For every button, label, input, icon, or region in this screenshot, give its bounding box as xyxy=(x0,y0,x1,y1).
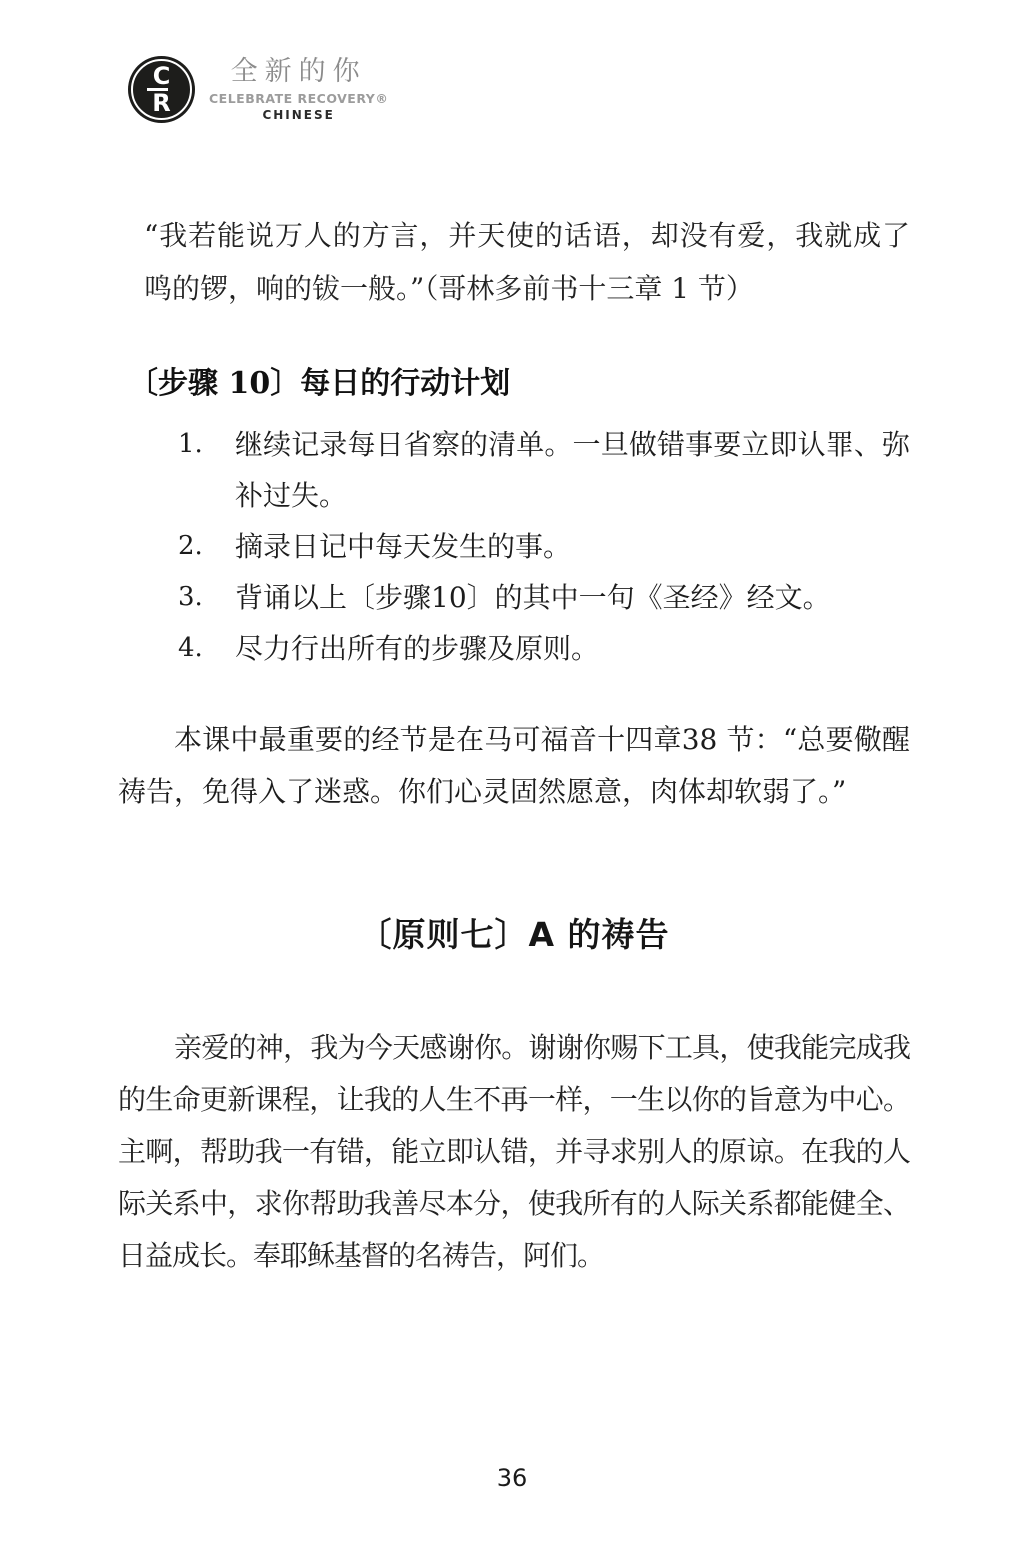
list-item-text: 摘录日记中每天发生的事。 xyxy=(235,521,910,572)
list-item: 3. 背诵以上〔步骤10〕的其中一句《圣经》经文。 xyxy=(118,572,910,623)
cr-monogram-r: R xyxy=(152,92,170,114)
cr-logo-icon: C R xyxy=(128,56,195,123)
list-item-text: 继续记录每日省察的清单。一旦做错事要立即认罪、弥补过失。 xyxy=(235,419,910,521)
list-item-number: 3. xyxy=(178,572,235,623)
principle7-prayer: 亲爱的神，我为今天感谢你。谢谢你赐下工具，使我能完成我的生命更新课程，让我的人生… xyxy=(118,1022,910,1282)
scripture-quote: “我若能说万人的方言，并天使的话语，却没有爱，我就成了鸣的锣，响的钹一般。”（哥… xyxy=(118,209,910,315)
list-item-text: 尽力行出所有的步骤及原则。 xyxy=(235,623,910,674)
document-page: C R 全新的你 CELEBRATE RECOVERY® CHINESE “我若… xyxy=(0,0,1024,1543)
logo-org-name: CELEBRATE RECOVERY® xyxy=(209,91,388,106)
cr-monogram-c: C xyxy=(153,65,171,87)
logo-text-block: 全新的你 CELEBRATE RECOVERY® CHINESE xyxy=(209,57,388,122)
list-item-number: 2. xyxy=(178,521,235,572)
list-item-number: 1. xyxy=(178,419,235,521)
logo-chinese-name: 全新的你 xyxy=(231,57,367,87)
key-verse-paragraph: 本课中最重要的经节是在马可福音十四章38 节：“总要儆醒祷告，免得入了迷惑。你们… xyxy=(118,714,910,818)
principle7-heading: 〔原则七〕A 的祷告 xyxy=(118,912,910,958)
page-number: 36 xyxy=(0,1464,1024,1492)
list-item: 1. 继续记录每日省察的清单。一旦做错事要立即认罪、弥补过失。 xyxy=(118,419,910,521)
list-item-number: 4. xyxy=(178,623,235,674)
cr-monogram: C R xyxy=(128,56,195,123)
celebrate-recovery-logo: C R 全新的你 CELEBRATE RECOVERY® CHINESE xyxy=(128,56,388,123)
logo-language-label: CHINESE xyxy=(262,108,334,122)
list-item-text: 背诵以上〔步骤10〕的其中一句《圣经》经文。 xyxy=(235,572,910,623)
step10-heading: 〔步骤 10〕每日的行动计划 xyxy=(128,363,910,405)
list-item: 2. 摘录日记中每天发生的事。 xyxy=(118,521,910,572)
step10-action-list: 1. 继续记录每日省察的清单。一旦做错事要立即认罪、弥补过失。 2. 摘录日记中… xyxy=(118,419,910,674)
list-item: 4. 尽力行出所有的步骤及原则。 xyxy=(118,623,910,674)
